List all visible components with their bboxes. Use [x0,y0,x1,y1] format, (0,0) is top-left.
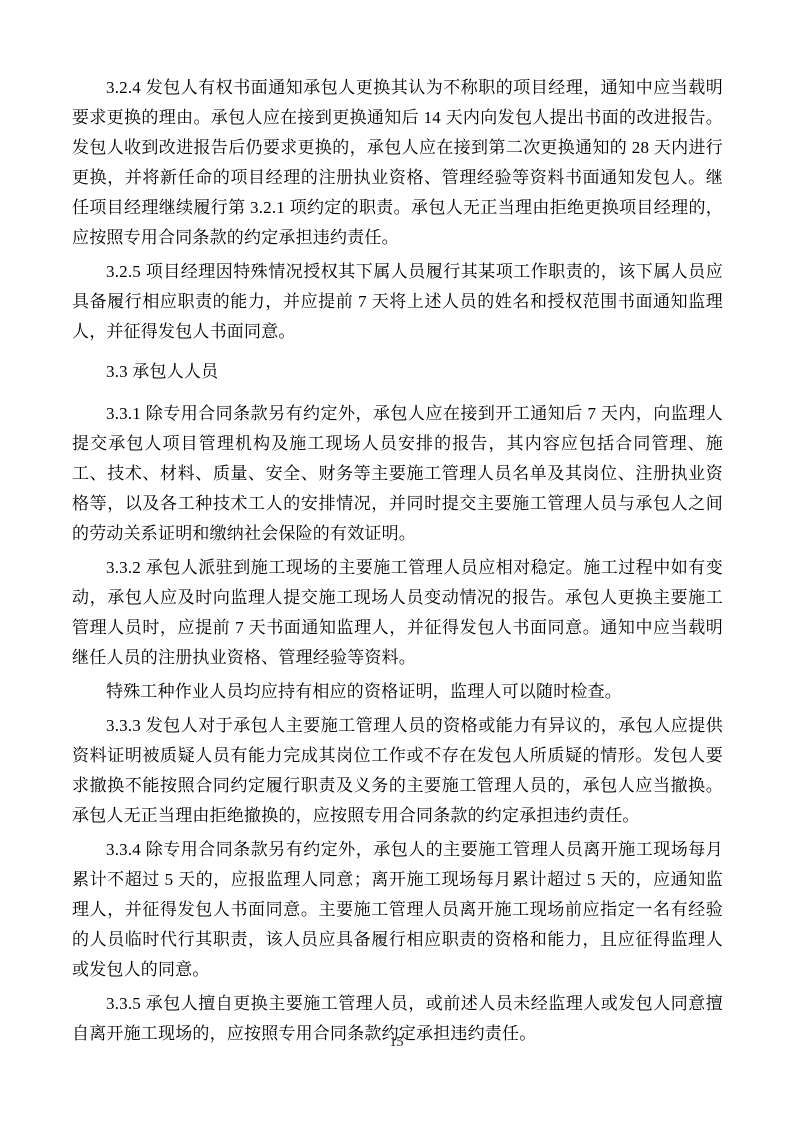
clause-special-workers: 特殊工种作业人员均应持有相应的资格证明，监理人可以随时检查。 [72,677,723,707]
clause-3-3-2: 3.3.2 承包人派驻到施工现场的主要施工管理人员应相对稳定。施工过程中如有变动… [72,553,723,673]
clause-3-3-3: 3.3.3 发包人对于承包人主要施工管理人员的资格或能力有异议的，承包人应提供资… [72,711,723,831]
page-number: 15 [0,1033,793,1053]
clause-3-2-5: 3.2.5 项目经理因特殊情况授权其下属人员履行其某项工作职责的，该下属人员应具… [72,257,723,347]
clause-3-2-4: 3.2.4 发包人有权书面通知承包人更换其认为不称职的项目经理，通知中应当载明要… [72,73,723,253]
document-content: 3.2.4 发包人有权书面通知承包人更换其认为不称职的项目经理，通知中应当载明要… [72,73,723,1053]
section-heading-3-3: 3.3 承包人人员 [72,357,723,387]
clause-3-3-1: 3.3.1 除专用合同条款另有约定外，承包人应在接到开工通知后 7 天内，向监理… [72,399,723,549]
clause-3-3-4: 3.3.4 除专用合同条款另有约定外，承包人的主要施工管理人员离开施工现场每月累… [72,835,723,985]
document-page: 3.2.4 发包人有权书面通知承包人更换其认为不称职的项目经理，通知中应当载明要… [0,0,793,1122]
